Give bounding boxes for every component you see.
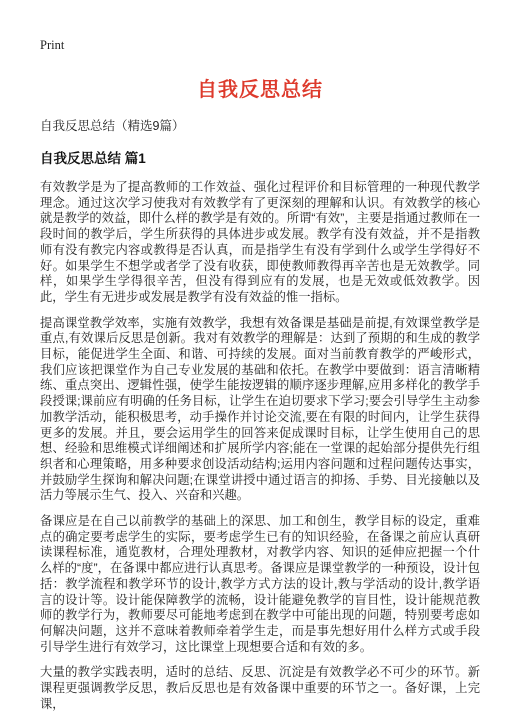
print-link[interactable]: Print <box>40 38 64 53</box>
doc-subtitle: 自我反思总结（精选9篇） <box>40 116 480 134</box>
section-heading: 自我反思总结 篇1 <box>40 147 480 167</box>
document-body: 有效教学是为了提高教师的工作效益、强化过程评价和目标管理的一种现代教学理念。通过… <box>40 180 480 713</box>
print-preview-page: Print 自我反思总结 自我反思总结（精选9篇） 自我反思总结 篇1 有效教学… <box>0 0 520 718</box>
paragraph-1: 有效教学是为了提高教师的工作效益、强化过程评价和目标管理的一种现代教学理念。通过… <box>40 180 480 306</box>
page-title: 自我反思总结 <box>40 73 480 102</box>
paragraph-2: 提高课堂教学效率，实施有效教学，我想有效备课是基础是前提,有效课堂教学是重点,有… <box>40 316 480 504</box>
paragraph-3: 备课应是在自己以前教学的基础上的深思、加工和创生，教学目标的设定，重难点的确定要… <box>40 514 480 655</box>
paragraph-4: 大量的教学实践表明，适时的总结、反思、沉淀是有效教学必不可少的环节。新课程更强调… <box>40 665 480 712</box>
